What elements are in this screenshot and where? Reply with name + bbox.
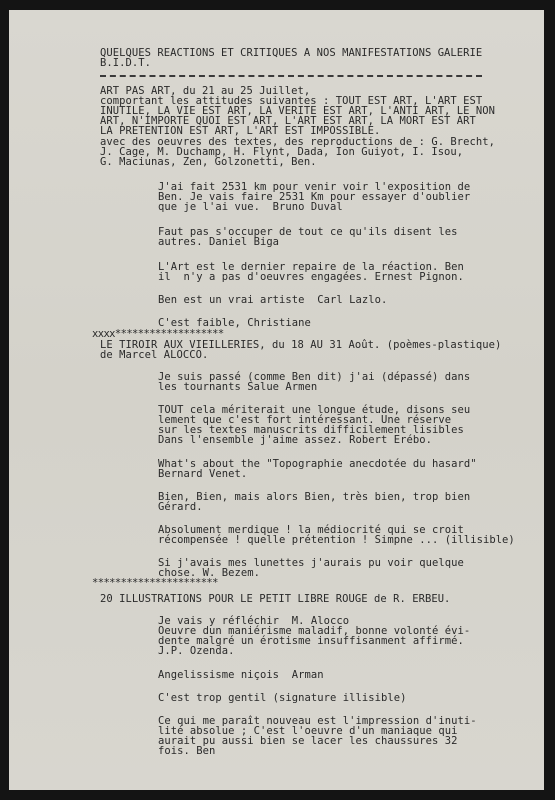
comment-line: les tournants Salue Armen — [158, 382, 317, 393]
comment-line: que je l'ai vue. Bruno Duval — [158, 202, 343, 213]
section1-heading-line: LA PRETENTION EST ART, L'ART EST IMPOSSI… — [100, 126, 380, 137]
comment-line: récompensée ! quelle prétention ! Simpne… — [158, 535, 515, 546]
document-title-gallery: B.I.D.T. — [100, 58, 151, 69]
comment-line: C'est faible, Christiane — [158, 318, 311, 329]
comment-line: fois. Ben — [158, 746, 215, 757]
asterisk-separator: xxxx******************* — [92, 329, 224, 340]
section3-heading-line: 20 ILLUSTRATIONS POUR LE PETIT LIBRE ROU… — [100, 594, 450, 605]
comment-line: Angelissisme niçois Arman — [158, 670, 324, 681]
document-title: QUELQUES REACTIONS ET CRITIQUES A NOS MA… — [100, 48, 482, 59]
comment-line: Ben est un vrai artiste Carl Lazlo. — [158, 295, 387, 306]
asterisk-separator: ********************** — [92, 578, 218, 589]
section2-heading-line: de Marcel ALOCCO. — [100, 350, 208, 361]
comment-line: Bernard Venet. — [158, 469, 247, 480]
title-divider — [100, 75, 482, 77]
comment-line: Gérard. — [158, 502, 203, 513]
section1-heading-line: G. Maciunas, Zen, Golzonetti, Ben. — [100, 157, 317, 168]
comment-line: Dans l'ensemble j'aime assez. Robert Eré… — [158, 435, 432, 446]
comment-line: Bien, Bien, mais alors Bien, très bien, … — [158, 492, 470, 503]
comment-line: C'est trop gentil (signature illisible) — [158, 693, 407, 704]
typewritten-document: QUELQUES REACTIONS ET CRITIQUES A NOS MA… — [0, 0, 555, 800]
comment-line: il n'y a pas d'oeuvres engagées. Ernest … — [158, 272, 464, 283]
comment-line: J.P. Ozenda. — [158, 646, 234, 657]
comment-line: autres. Daniel Biga — [158, 237, 279, 248]
